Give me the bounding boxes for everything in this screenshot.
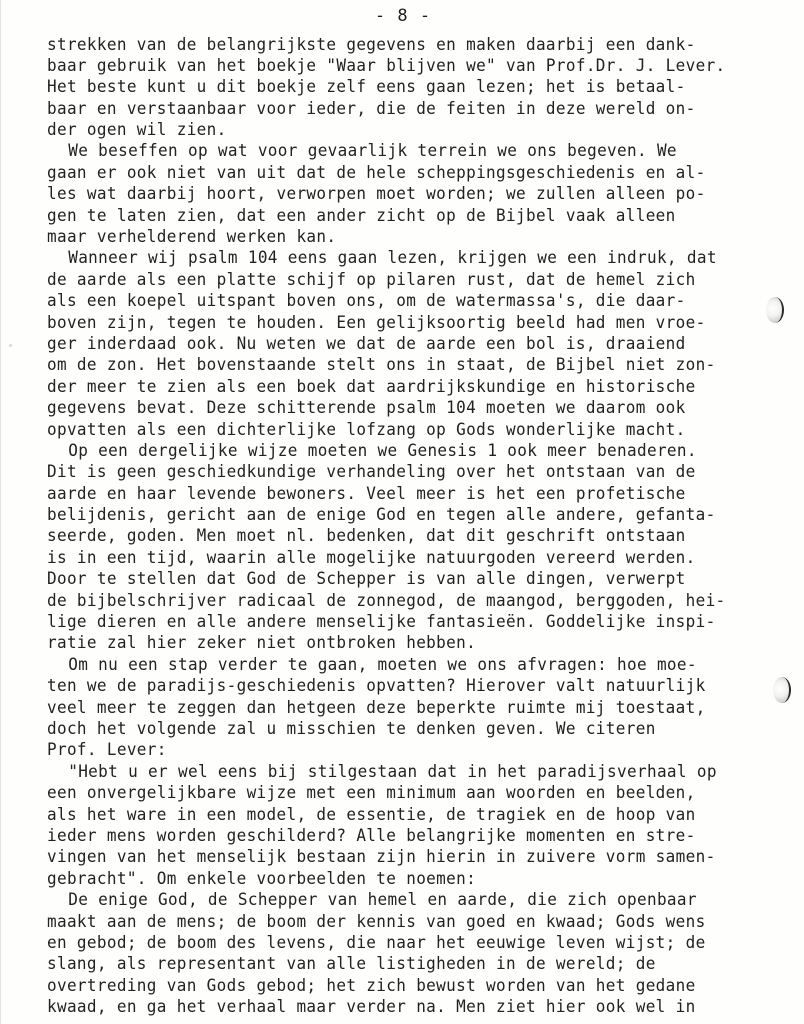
paragraph: De enige God, de Schepper van hemel en a… xyxy=(47,889,761,1017)
text-line: Dit is geen geschiedkundige verhandeling… xyxy=(47,461,761,482)
paragraph: strekken van de belangrijkste gegevens e… xyxy=(47,34,761,141)
paragraph: "Hebt u er wel eens bij stilgestaan dat … xyxy=(47,761,761,889)
text-line: lige dieren en alle andere menselijke fa… xyxy=(47,611,761,632)
text-line: ger inderdaad ook. Nu weten we dat de aa… xyxy=(47,333,761,354)
text-line: Om nu een stap verder te gaan, moeten we… xyxy=(47,654,761,675)
text-line: een onvergelijkbare wijze met een minimu… xyxy=(47,782,761,803)
text-line: "Hebt u er wel eens bij stilgestaan dat … xyxy=(47,761,761,782)
text-line: ieder mens worden geschilderd? Alle bela… xyxy=(47,825,761,846)
text-line: gegevens bevat. Deze schitterende psalm … xyxy=(47,397,761,418)
text-line: is in een tijd, waarin alle mogelijke na… xyxy=(47,547,761,568)
text-line: maar verhelderend werken kan. xyxy=(47,226,761,247)
text-line: baar en verstaanbaar voor ieder, die de … xyxy=(47,98,761,119)
page-number: - 8 - xyxy=(1,6,804,26)
text-line: ratie zal hier zeker niet ontbroken hebb… xyxy=(47,632,761,653)
text-line: De enige God, de Schepper van hemel en a… xyxy=(47,889,761,910)
text-line: Door te stellen dat God de Schepper is v… xyxy=(47,568,761,589)
punch-hole-icon xyxy=(773,677,791,703)
text-line: We beseffen op wat voor gevaarlijk terre… xyxy=(47,140,761,161)
text-line: doch het volgende zal u misschien te den… xyxy=(47,718,761,739)
text-line: de bijbelschrijver radicaal de zonnegod,… xyxy=(47,590,761,611)
text-line: Wanneer wij psalm 104 eens gaan lezen, k… xyxy=(47,247,761,268)
text-line: kwaad, en ga het verhaal maar verder na.… xyxy=(47,996,761,1017)
document-page: - 8 - strekken van de belangrijkste gege… xyxy=(0,0,804,1024)
text-line: belijdenis, gericht aan de enige God en … xyxy=(47,504,761,525)
text-line: seerde, goden. Men moet nl. bedenken, da… xyxy=(47,525,761,546)
text-line: gen te laten zien, dat een ander zicht o… xyxy=(47,205,761,226)
text-line: Op een dergelijke wijze moeten we Genesi… xyxy=(47,440,761,461)
text-line: veel meer te zeggen dan hetgeen deze bep… xyxy=(47,697,761,718)
text-line: les wat daarbij hoort, verworpen moet wo… xyxy=(47,183,761,204)
text-line: om de zon. Het bovenstaande stelt ons in… xyxy=(47,354,761,375)
text-line: gaan er ook niet van uit dat de hele sch… xyxy=(47,162,761,183)
text-line: baar gebruik van het boekje "Waar blijve… xyxy=(47,55,761,76)
text-line: slang, als representant van alle listigh… xyxy=(47,953,761,974)
text-line: boven zijn, tegen te houden. Een gelijks… xyxy=(47,312,761,333)
text-line: gebracht". Om enkele voorbeelden te noem… xyxy=(47,868,761,889)
text-line: en gebod; de boom des levens, die naar h… xyxy=(47,932,761,953)
text-line: opvatten als een dichterlijke lofzang op… xyxy=(47,419,761,440)
paragraph: Om nu een stap verder te gaan, moeten we… xyxy=(47,654,761,761)
text-line: Het beste kunt u dit boekje zelf eens ga… xyxy=(47,76,761,97)
text-line: overtreding van Gods gebod; het zich bew… xyxy=(47,975,761,996)
punch-hole-icon xyxy=(766,297,784,323)
text-line: der meer te zien als een boek dat aardri… xyxy=(47,376,761,397)
body-text: strekken van de belangrijkste gegevens e… xyxy=(47,34,761,1018)
text-line: strekken van de belangrijkste gegevens e… xyxy=(47,34,761,55)
text-line: de aarde als een platte schijf op pilare… xyxy=(47,269,761,290)
text-line: vingen van het menselijk bestaan zijn hi… xyxy=(47,846,761,867)
paragraph: We beseffen op wat voor gevaarlijk terre… xyxy=(47,140,761,247)
text-line: maakt aan de mens; de boom der kennis va… xyxy=(47,911,761,932)
paragraph: Op een dergelijke wijze moeten we Genesi… xyxy=(47,440,761,654)
paper-speck xyxy=(9,344,12,347)
text-line: der ogen wil zien. xyxy=(47,119,761,140)
text-line: Prof. Lever: xyxy=(47,739,761,760)
paragraph: Wanneer wij psalm 104 eens gaan lezen, k… xyxy=(47,247,761,440)
text-line: als een koepel uitspant boven ons, om de… xyxy=(47,290,761,311)
text-line: aarde en haar levende bewoners. Veel mee… xyxy=(47,483,761,504)
text-line: als het ware in een model, de essentie, … xyxy=(47,804,761,825)
text-line: ten we de paradijs-geschiedenis opvatten… xyxy=(47,675,761,696)
